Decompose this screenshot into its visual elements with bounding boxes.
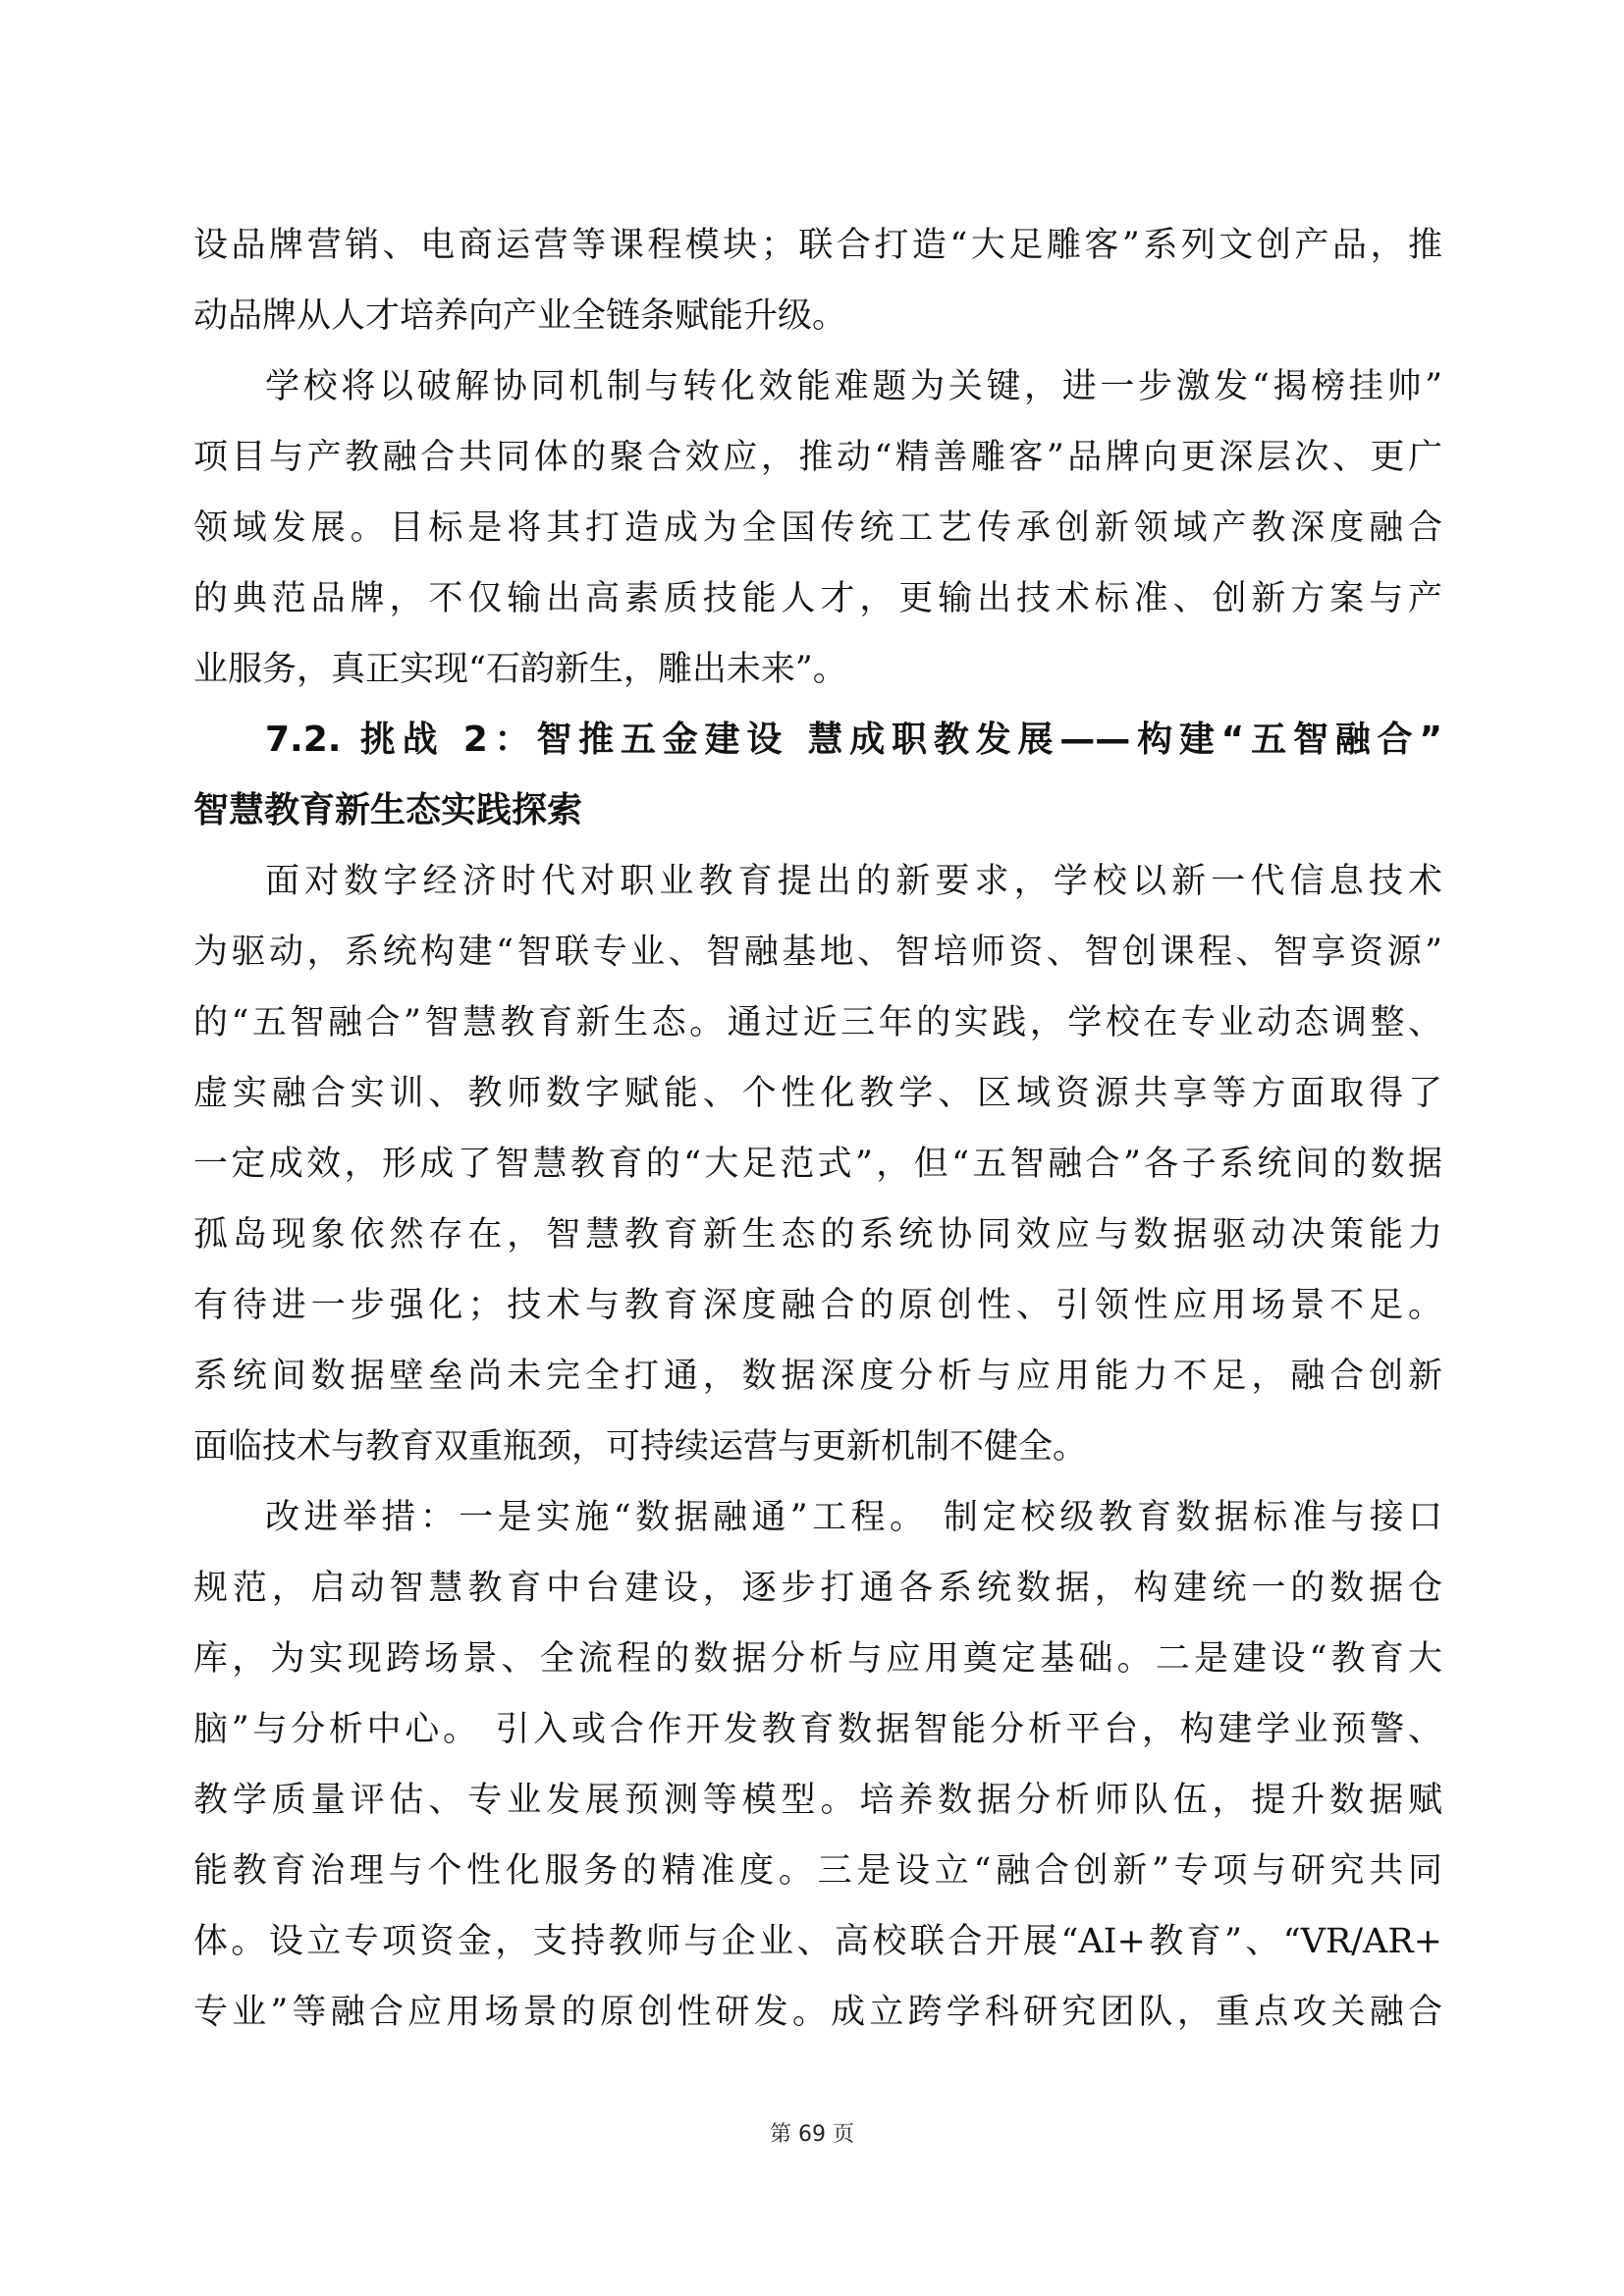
text-line: 面临技术与教育双重瓶颈，可持续运营与更新机制不健全。 xyxy=(193,1412,1442,1482)
text-line: 的“五智融合”智慧教育新生态。通过近三年的实践，学校在专业动态调整、 xyxy=(193,988,1442,1058)
text-line: 专业”等融合应用场景的原创性研发。成立跨学科研究团队，重点攻关融合 xyxy=(193,1977,1442,2048)
document-page: 设品牌营销、电商运营等课程模块；联合打造“大足雕客”系列文创产品，推 动品牌从人… xyxy=(193,210,1442,2048)
text-line: 面对数字经济时代对职业教育提出的新要求，学校以新一代信息技术 xyxy=(193,846,1442,917)
section-heading-7-2: 7.2. 挑战 2：智推五金建设 慧成职教发展——构建“五智融合” 智慧教育新生… xyxy=(193,705,1442,846)
text-line: 的典范品牌，不仅输出高素质技能人才，更输出技术标准、创新方案与产 xyxy=(193,563,1442,634)
page-number: 第 69 页 xyxy=(0,2120,1624,2150)
text-line: 领域发展。目标是将其打造成为全国传统工艺传承创新领域产教深度融合 xyxy=(193,493,1442,563)
text-line: 库，为实现跨场景、全流程的数据分析与应用奠定基础。二是建设“教育大 xyxy=(193,1624,1442,1694)
text-line: 有待进一步强化；技术与教育深度融合的原创性、引领性应用场景不足。 xyxy=(193,1270,1442,1341)
paragraph-digital-economy: 面对数字经济时代对职业教育提出的新要求，学校以新一代信息技术 为驱动，系统构建“… xyxy=(193,846,1442,1482)
text-line: 一定成效，形成了智慧教育的“大足范式”，但“五智融合”各子系统间的数据 xyxy=(193,1129,1442,1200)
heading-line: 智慧教育新生态实践探索 xyxy=(193,775,1442,846)
text-line: 设品牌营销、电商运营等课程模块；联合打造“大足雕客”系列文创产品，推 xyxy=(193,210,1442,281)
text-line: 学校将以破解协同机制与转化效能难题为关键，进一步激发“揭榜挂帅” xyxy=(193,351,1442,422)
heading-line: 7.2. 挑战 2：智推五金建设 慧成职教发展——构建“五智融合” xyxy=(193,705,1442,775)
text-line: 虚实融合实训、教师数字赋能、个性化教学、区域资源共享等方面取得了 xyxy=(193,1058,1442,1129)
text-line: 为驱动，系统构建“智联专业、智融基地、智培师资、智创课程、智享资源” xyxy=(193,917,1442,988)
text-line: 改进举措：一是实施“数据融通”工程。 制定校级教育数据标准与接口 xyxy=(193,1482,1442,1553)
text-line: 规范，启动智慧教育中台建设，逐步打通各系统数据，构建统一的数据仓 xyxy=(193,1553,1442,1624)
text-line: 业服务，真正实现“石韵新生，雕出未来”。 xyxy=(193,634,1442,705)
text-line: 体。设立专项资金，支持教师与企业、高校联合开展“AI+教育”、“VR/AR+ xyxy=(193,1906,1442,1977)
text-line: 孤岛现象依然存在，智慧教育新生态的系统协同效应与数据驱动决策能力 xyxy=(193,1200,1442,1270)
paragraph-school-goal: 学校将以破解协同机制与转化效能难题为关键，进一步激发“揭榜挂帅” 项目与产教融合… xyxy=(193,351,1442,705)
text-line: 能教育治理与个性化服务的精准度。三是设立“融合创新”专项与研究共同 xyxy=(193,1836,1442,1906)
paragraph-improvement-measures: 改进举措：一是实施“数据融通”工程。 制定校级教育数据标准与接口 规范，启动智慧… xyxy=(193,1482,1442,2048)
text-line: 项目与产教融合共同体的聚合效应，推动“精善雕客”品牌向更深层次、更广 xyxy=(193,422,1442,493)
text-line: 脑”与分析中心。 引入或合作开发教育数据智能分析平台，构建学业预警、 xyxy=(193,1694,1442,1765)
text-line: 系统间数据壁垒尚未完全打通，数据深度分析与应用能力不足，融合创新 xyxy=(193,1341,1442,1412)
text-line: 动品牌从人才培养向产业全链条赋能升级。 xyxy=(193,281,1442,351)
text-line: 教学质量评估、专业发展预测等模型。培养数据分析师队伍，提升数据赋 xyxy=(193,1765,1442,1836)
paragraph-brand-marketing: 设品牌营销、电商运营等课程模块；联合打造“大足雕客”系列文创产品，推 动品牌从人… xyxy=(193,210,1442,351)
